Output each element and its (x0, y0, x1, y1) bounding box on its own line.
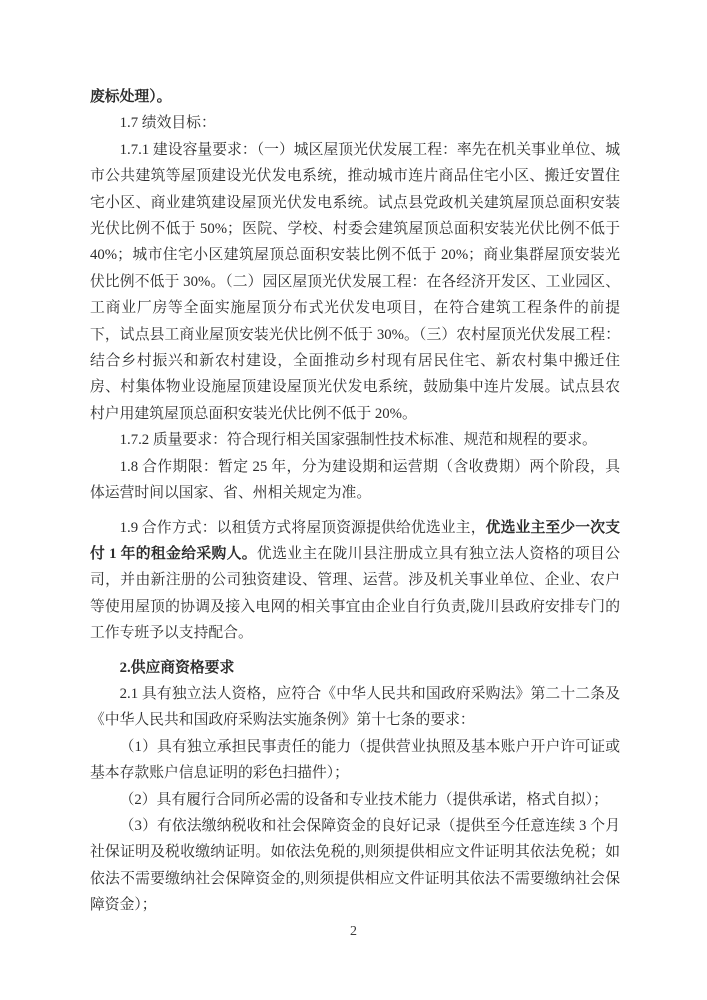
text-run: 1.8 合作期限：暂定 25 年，分为建设期和运营期（含收费期）两个阶段，具体运… (90, 459, 620, 501)
text-run: 1.9 合作方式：以租赁方式将屋顶资源提供给优选业主， (120, 520, 486, 536)
text-run: 1.7.2 质量要求：符合现行相关国家强制性技术标准、规范和规程的要求。 (120, 432, 597, 448)
paragraph-2-1: 2.1 具有独立法人资格，应符合《中华人民共和国政府采购法》第二十二条及《中华人… (90, 681, 620, 734)
paragraph-1-8: 1.8 合作期限：暂定 25 年，分为建设期和运营期（含收费期）两个阶段，具体运… (90, 454, 620, 507)
text-run: （2）具有履行合同所必需的设备和专业技术能力（提供承诺，格式自拟）； (120, 792, 608, 808)
paragraph-item-3: （3）有依法缴纳税收和社会保障资金的良好记录（提供至今任意连续 3 个月社保证明… (90, 813, 620, 919)
paragraph-1-7-1: 1.7.1 建设容量要求：（一）城区屋顶光伏发展工程：率先在机关事业单位、城市公… (90, 137, 620, 427)
heading-2: 2.供应商资格要求 (90, 655, 620, 681)
paragraph-1-7: 1.7 绩效目标： (90, 110, 620, 136)
text-run: （3）有依法缴纳税收和社会保障资金的良好记录（提供至今任意连续 3 个月社保证明… (90, 818, 620, 913)
paragraph-item-1: （1）具有独立承担民事责任的能力（提供营业执照及基本账户开户许可证或基本存款账户… (90, 734, 620, 787)
paragraph-1-9: 1.9 合作方式：以租赁方式将屋顶资源提供给优选业主，优选业主至少一次支付 1 … (90, 515, 620, 647)
paragraph-continuation: 废标处理）。 (90, 84, 620, 110)
text-run: 1.7.1 建设容量要求：（一）城区屋顶光伏发展工程：率先在机关事业单位、城市公… (90, 142, 620, 422)
heading-text: 2.供应商资格要求 (120, 660, 235, 676)
paragraph-item-2: （2）具有履行合同所必需的设备和专业技术能力（提供承诺，格式自拟）； (90, 787, 620, 813)
text-run: 2.1 具有独立法人资格，应符合《中华人民共和国政府采购法》第二十二条及《中华人… (90, 686, 620, 728)
page-number: 2 (0, 924, 707, 940)
document-page: 废标处理）。 1.7 绩效目标： 1.7.1 建设容量要求：（一）城区屋顶光伏发… (0, 0, 707, 1000)
text-run: 废标处理）。 (90, 89, 171, 105)
text-run: （1）具有独立承担民事责任的能力（提供营业执照及基本账户开户许可证或基本存款账户… (90, 739, 620, 781)
paragraph-1-7-2: 1.7.2 质量要求：符合现行相关国家强制性技术标准、规范和规程的要求。 (90, 427, 620, 453)
text-run: 1.7 绩效目标： (120, 115, 216, 131)
document-body: 废标处理）。 1.7 绩效目标： 1.7.1 建设容量要求：（一）城区屋顶光伏发… (90, 84, 620, 919)
